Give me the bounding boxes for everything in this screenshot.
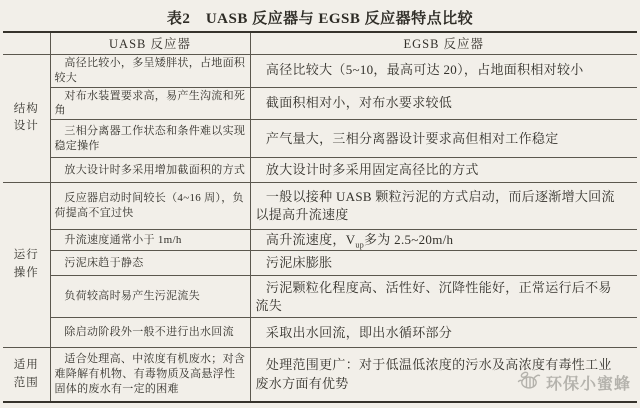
table-row: 对布水装置要求高，易产生沟流和死角 截面积相对小，对布水要求较低 <box>3 87 637 120</box>
cell-structure-r4-egsb: 放大设计时多采用固定高径比的方式 <box>250 158 637 183</box>
section-label-structure-design: 结构设计 <box>3 54 50 183</box>
scanned-table-page: 表2 UASB 反应器与 EGSB 反应器特点比较 UASB 反应器 EGSB … <box>0 0 640 408</box>
cell-operation-r3-uasb: 污泥床趋于静态 <box>50 251 250 276</box>
table-row: 负荷较高时易产生污泥流失 污泥颗粒化程度高、活性好、沉降性能好，正常运行后不易流… <box>3 276 637 318</box>
cell-operation-r4-egsb: 污泥颗粒化程度高、活性好、沉降性能好，正常运行后不易流失 <box>250 276 637 318</box>
bee-icon <box>517 370 541 395</box>
cell-operation-r5-uasb: 除启动阶段外一般不进行出水回流 <box>50 318 250 348</box>
cell-structure-r4-uasb: 放大设计时多采用增加截面积的方式 <box>50 158 250 183</box>
header-corner-cell <box>3 32 50 54</box>
vup-subscript: up <box>355 241 364 250</box>
uasb-egsb-comparison-table: UASB 反应器 EGSB 反应器 结构设计 高径比较小，多呈矮胖状，占地面积较… <box>3 31 637 403</box>
cell-structure-r1-uasb: 高径比较小，多呈矮胖状，占地面积较大 <box>50 54 250 87</box>
cell-structure-r3-uasb: 三相分离器工作状态和条件难以实现稳定操作 <box>50 120 250 158</box>
cell-operation-r3-egsb: 污泥床膨胀 <box>250 251 637 276</box>
table-row: 除启动阶段外一般不进行出水回流 采取出水回流，即出水循环部分 <box>3 318 637 348</box>
cell-operation-r1-egsb: 一般以接种 UASB 颗粒污泥的方式启动，而后逐渐增大回流以提高升流速度 <box>250 183 637 230</box>
col-header-egsb: EGSB 反应器 <box>250 32 637 54</box>
cell-structure-r2-egsb: 截面积相对小，对布水要求较低 <box>250 87 637 120</box>
vup-text-pre: 高升流速度，V <box>266 232 356 247</box>
cell-operation-r1-uasb: 反应器启动时间较长（4~16 周），负荷提高不宜过快 <box>50 183 250 230</box>
cell-operation-r2-egsb: 高升流速度，Vup多为 2.5~20m/h <box>250 230 637 251</box>
header-row: UASB 反应器 EGSB 反应器 <box>3 32 637 54</box>
section-label-operation: 运行操作 <box>3 183 50 348</box>
section-label-applicable-scope: 适用范围 <box>3 348 50 402</box>
watermark: 环保小蜜蜂 <box>517 370 631 395</box>
cell-operation-r2-uasb: 升流速度通常小于 1m/h <box>50 230 250 251</box>
table-row: 运行操作 反应器启动时间较长（4~16 周），负荷提高不宜过快 一般以接种 UA… <box>3 183 637 230</box>
table-row: 三相分离器工作状态和条件难以实现稳定操作 产气量大，三相分离器设计要求高但相对工… <box>3 120 637 158</box>
cell-operation-r4-uasb: 负荷较高时易产生污泥流失 <box>50 276 250 318</box>
table-row: 污泥床趋于静态 污泥床膨胀 <box>3 251 637 276</box>
cell-structure-r1-egsb: 高径比较大（5~10，最高可达 20），占地面积相对较小 <box>250 54 637 87</box>
cell-structure-r2-uasb: 对布水装置要求高，易产生沟流和死角 <box>50 87 250 120</box>
watermark-label: 环保小蜜蜂 <box>546 371 631 394</box>
col-header-uasb: UASB 反应器 <box>50 32 250 54</box>
vup-text-post: 多为 2.5~20m/h <box>364 232 453 247</box>
table-row: 结构设计 高径比较小，多呈矮胖状，占地面积较大 高径比较大（5~10，最高可达 … <box>3 54 637 87</box>
cell-structure-r3-egsb: 产气量大，三相分离器设计要求高但相对工作稳定 <box>250 120 637 158</box>
table-row: 放大设计时多采用增加截面积的方式 放大设计时多采用固定高径比的方式 <box>3 158 637 183</box>
cell-scope-r1-uasb: 适合处理高、中浓度有机废水；对含难降解有机物、有毒物质及高悬浮性固体的废水有一定… <box>50 348 250 402</box>
cell-operation-r5-egsb: 采取出水回流，即出水循环部分 <box>250 318 637 348</box>
table-title: 表2 UASB 反应器与 EGSB 反应器特点比较 <box>0 7 640 28</box>
table-row: 升流速度通常小于 1m/h 高升流速度，Vup多为 2.5~20m/h <box>3 230 637 251</box>
